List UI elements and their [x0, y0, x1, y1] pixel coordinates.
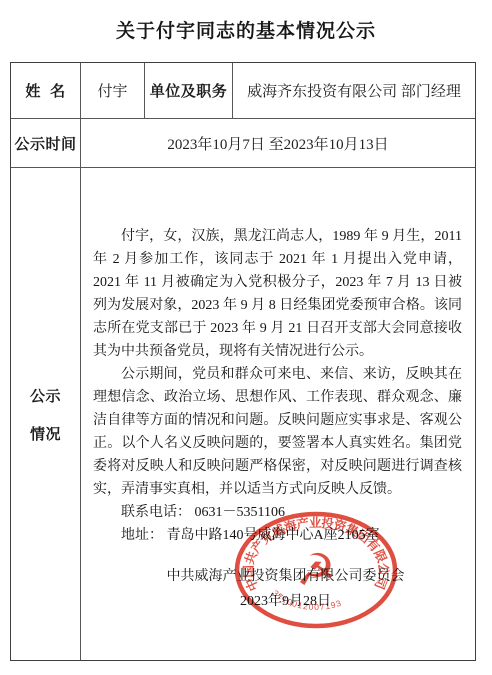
situation-content: 付宇，女，汉族，黑龙江尚志人，1989 年 9 月生，2011 年 2 月参加工…: [81, 168, 475, 660]
notice-page: 关于付宇同志的基本情况公示 姓 名 付宇 单位及职务 威海齐东投资有限公司 部门…: [0, 0, 492, 675]
signature-date: 2023年9月28日: [101, 589, 470, 614]
name-value: 付宇: [81, 63, 145, 118]
page-title: 关于付宇同志的基本情况公示: [0, 0, 492, 43]
unit-position-label: 单位及职务: [145, 63, 233, 118]
name-label: 姓 名: [11, 63, 81, 118]
notice-table: 姓 名 付宇 单位及职务 威海齐东投资有限公司 部门经理 公示时间 2023年1…: [10, 62, 476, 661]
signature-block: 中共威海产业投资集团有限公司委员会 2023年9月28日: [101, 564, 470, 614]
period-value: 2023年10月7日 至2023年10月13日: [81, 119, 475, 167]
table-row-period: 公示时间 2023年10月7日 至2023年10月13日: [11, 119, 475, 168]
unit-position-value: 威海齐东投资有限公司 部门经理: [233, 63, 475, 118]
contact-address: 地址： 青岛中路140号威海中心A座2105室: [93, 524, 462, 547]
table-row-situation: 公示 情况 付宇，女，汉族，黑龙江尚志人，1989 年 9 月生，2011 年 …: [11, 168, 475, 660]
situation-label-line2: 情况: [30, 423, 61, 444]
contact-phone: 联系电话： 0631－5351106: [93, 501, 462, 524]
period-label: 公示时间: [11, 119, 81, 167]
situation-label: 公示 情况: [11, 168, 81, 660]
paragraph-2: 公示期间，党员和群众可来电、来信、来访，反映其在理想信念、政治立场、思想作风、工…: [93, 363, 462, 501]
table-row-name: 姓 名 付宇 单位及职务 威海齐东投资有限公司 部门经理: [11, 63, 475, 119]
committee-signature: 中共威海产业投资集团有限公司委员会: [101, 564, 470, 589]
paragraph-1: 付宇，女，汉族，黑龙江尚志人，1989 年 9 月生，2011 年 2 月参加工…: [93, 225, 462, 363]
situation-label-line1: 公示: [30, 385, 61, 406]
